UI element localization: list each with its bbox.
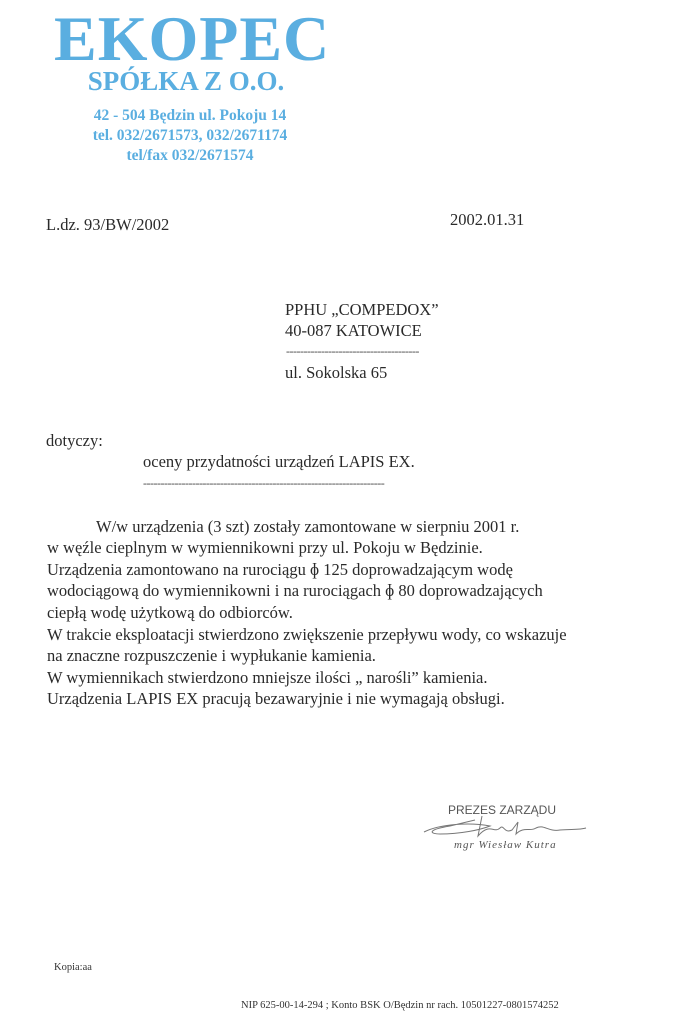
handwritten-signature <box>420 812 590 842</box>
body-line: W trakcie eksploatacji stwierdzono zwięk… <box>47 624 567 646</box>
recipient-separator: -------------------------------------- <box>286 344 448 359</box>
letter-date: 2002.01.31 <box>450 209 524 231</box>
subject-underline: ----------------------------------------… <box>143 476 425 491</box>
company-address: 42 - 504 Będzin ul. Pokoju 14 <box>40 106 340 126</box>
copy-note: Kopia:aa <box>54 962 92 973</box>
body-line: na znaczne rozpuszczenie i wypłukanie ka… <box>47 645 376 667</box>
body-line: w węźle cieplnym w wymiennikowni przy ul… <box>47 537 483 559</box>
recipient-street: ul. Sokolska 65 <box>285 362 387 384</box>
signatory-name: mgr Wiesław Kutra <box>454 839 557 851</box>
body-line: ciepłą wodę użytkową do odbiorców. <box>47 602 293 624</box>
company-fax: tel/fax 032/2671574 <box>40 146 340 166</box>
body-line: wodociągową do wymiennikowni i na ruroci… <box>47 580 543 602</box>
subject-text: oceny przydatności urządzeń LAPIS EX. <box>143 451 415 473</box>
body-line: Urządzenia LAPIS EX pracują bezawaryjnie… <box>47 688 505 710</box>
company-phones: tel. 032/2671573, 032/2671174 <box>40 126 340 146</box>
company-legal-form: SPÓŁKA Z O.O. <box>54 66 318 96</box>
reference-number: L.dz. 93/BW/2002 <box>46 214 169 236</box>
body-line: W wymiennikach stwierdzono mniejsze iloś… <box>47 667 487 689</box>
footer-bank-details: NIP 625-00-14-294 ; Konto BSK O/Będzin n… <box>241 1000 559 1011</box>
recipient-city: 40-087 KATOWICE <box>285 320 422 342</box>
subject-label: dotyczy: <box>46 430 103 452</box>
body-line: Urządzenia zamontowano na rurociągu ɸ 12… <box>47 559 513 581</box>
company-logo: EKOPEC <box>54 6 318 72</box>
recipient-name: PPHU „COMPEDOX” <box>285 299 439 321</box>
body-line: W/w urządzenia (3 szt) zostały zamontowa… <box>96 516 519 538</box>
